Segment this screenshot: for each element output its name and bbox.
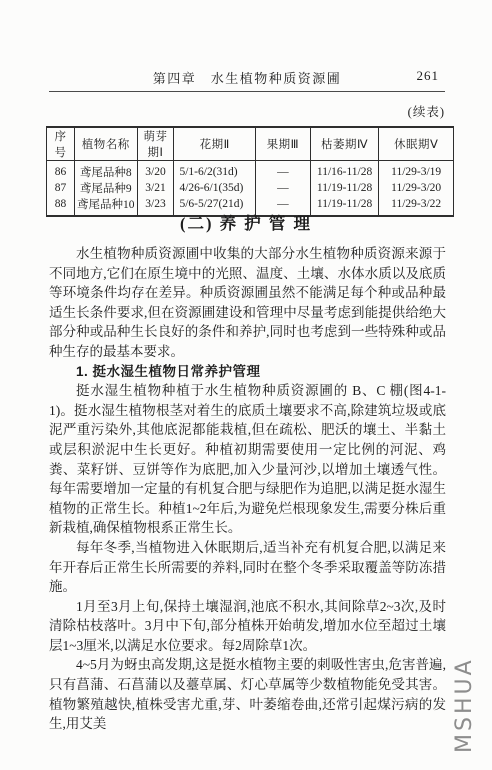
col-header-fruiting: 果期Ⅲ [255, 127, 310, 161]
cell-sprouting: 3/20 [137, 161, 174, 181]
table-row: 86 鸢尾品种8 3/20 5/1-6/2(31d) — 11/16-11/28… [47, 161, 454, 181]
cell-dormancy: 11/29-3/19 [379, 161, 454, 181]
paragraph: 1月至3月上旬,保持土壤湿润,池底不积水,其间除草2~3次,及时清除枯枝落叶。3… [49, 597, 446, 656]
cell-serial: 87 [47, 180, 75, 196]
col-header-flowering: 花期Ⅱ [174, 127, 255, 161]
subsection-title: 1. 挺水湿生植物日常养护管理 [49, 362, 446, 382]
cell-fruiting: — [255, 161, 310, 181]
cell-flowering: 4/26-6/1(35d) [174, 180, 255, 196]
paragraph: 4~5月为蚜虫高发期,这是挺水植物主要的刺吸性害虫,危害普遍,只有菖蒲、石菖蒲以… [49, 655, 446, 733]
col-header-plant-name: 植物名称 [75, 127, 138, 161]
cell-plant-name: 鸢尾品种9 [75, 180, 138, 196]
cell-plant-name: 鸢尾品种8 [75, 161, 138, 181]
table-header-row: 序号 植物名称 萌芽期Ⅰ 花期Ⅱ 果期Ⅲ 枯萎期Ⅳ 休眠期Ⅴ [47, 127, 454, 161]
page-number: 261 [417, 68, 440, 84]
chapter-title: 第四章 水生植物种质资源圃 [153, 71, 342, 86]
running-head: 第四章 水生植物种质资源圃 261 [49, 68, 445, 87]
paragraph: 每年冬季,当植物进入休眠期后,适当补充有机复合肥,以满足来年开春后正常生长所需要… [49, 538, 446, 597]
cell-fruiting: — [255, 180, 310, 196]
cell-sprouting: 3/21 [137, 180, 174, 196]
intro-paragraph: 水生植物种质资源圃中收集的大部分水生植物种质资源来源于不同地方,它们在原生境中的… [49, 244, 446, 362]
col-header-withering: 枯萎期Ⅳ [310, 127, 379, 161]
watermark: MSHUA [452, 657, 477, 753]
phenology-table: 序号 植物名称 萌芽期Ⅰ 花期Ⅱ 果期Ⅲ 枯萎期Ⅳ 休眠期Ⅴ 86 鸢尾品种8 … [46, 126, 454, 217]
col-header-sprouting: 萌芽期Ⅰ [137, 127, 174, 161]
paragraph: 挺水湿生植物种植于水生植物种质资源圃的 B、C 棚(图4-1-1)。挺水湿生植物… [49, 381, 446, 538]
cell-flowering: 5/1-6/2(31d) [174, 161, 255, 181]
table-row: 87 鸢尾品种9 3/21 4/26-6/1(35d) — 11/19-11/2… [47, 180, 454, 196]
table-continuation-note: (续表) [49, 102, 445, 120]
col-header-dormancy: 休眠期Ⅴ [379, 127, 454, 161]
cell-dormancy: 11/29-3/20 [379, 180, 454, 196]
section-title: (二) 养 护 管 理 [0, 210, 492, 234]
book-page: 第四章 水生植物种质资源圃 261 (续表) 序号 植物名称 萌芽期Ⅰ 花期Ⅱ … [0, 0, 492, 770]
body-text: 水生植物种质资源圃中收集的大部分水生植物种质资源来源于不同地方,它们在原生境中的… [49, 244, 446, 734]
cell-withering: 11/16-11/28 [310, 161, 379, 181]
col-header-serial: 序号 [47, 127, 75, 161]
cell-withering: 11/19-11/28 [310, 180, 379, 196]
cell-serial: 86 [47, 161, 75, 181]
header-rule [49, 91, 445, 92]
